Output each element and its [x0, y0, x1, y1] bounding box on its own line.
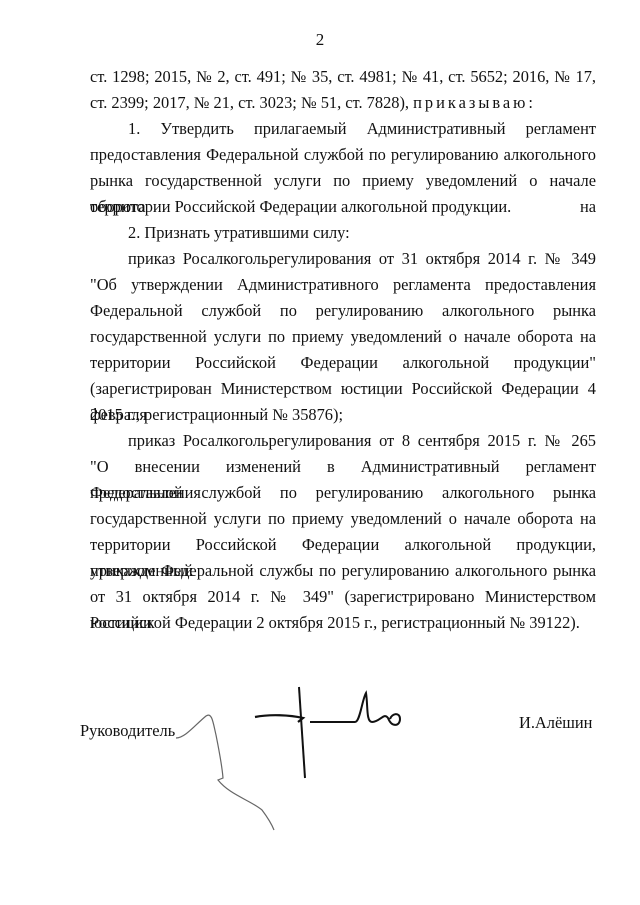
order1-line-7: 2015 г., регистрационный № 35876);	[90, 402, 596, 428]
order1-line-3: Федеральной службой по регулированию алк…	[90, 298, 596, 324]
item1-line-2: предоставления Федеральной службой по ре…	[90, 142, 596, 168]
order2-line-2: "О внесении изменений в Административный…	[90, 454, 596, 480]
order1-line-5: территории Российской Федерации алкоголь…	[90, 350, 596, 376]
order2-line-7: от 31 октября 2014 г. № 349" (зарегистри…	[90, 584, 596, 610]
order-command: приказываю:	[413, 93, 536, 112]
document-body: ст. 1298; 2015, № 2, ст. 491; № 35, ст. …	[90, 64, 596, 636]
signatory-name: И.Алёшин	[519, 713, 592, 733]
signatory-role: Руководитель	[80, 721, 175, 741]
item1-line-3: рынка государственной услуги по приему у…	[90, 168, 596, 194]
order2-line-8: Российской Федерации 2 октября 2015 г., …	[90, 610, 596, 636]
order1-line-2: "Об утверждении Административного реглам…	[90, 272, 596, 298]
signature-block: Руководитель И.Алёшин	[0, 718, 640, 758]
item2-heading: 2. Признать утратившими силу:	[90, 220, 596, 246]
order1-line-1: приказ Росалкогольрегулирования от 31 ок…	[90, 246, 596, 272]
order1-line-4: государственной услуги по приему уведомл…	[90, 324, 596, 350]
order2-line-3: Федеральной службой по регулированию алк…	[90, 480, 596, 506]
handwritten-signature	[170, 680, 470, 905]
order2-line-1: приказ Росалкогольрегулирования от 8 сен…	[90, 428, 596, 454]
intro-line-2: ст. 2399; 2017, № 21, ст. 3023; № 51, ст…	[90, 90, 596, 116]
order2-line-4: государственной услуги по приему уведомл…	[90, 506, 596, 532]
intro-line-1: ст. 1298; 2015, № 2, ст. 491; № 35, ст. …	[90, 64, 596, 90]
page-number: 2	[0, 30, 640, 50]
intro-line-2-prefix: ст. 2399; 2017, № 21, ст. 3023; № 51, ст…	[90, 93, 413, 112]
order1-line-6: (зарегистрирован Министерством юстиции Р…	[90, 376, 596, 402]
order2-line-6: приказом Федеральной службы по регулиров…	[90, 558, 596, 584]
order2-line-5: территории Российской Федерации алкоголь…	[90, 532, 596, 558]
item1-line-1: 1. Утвердить прилагаемый Административны…	[90, 116, 596, 142]
